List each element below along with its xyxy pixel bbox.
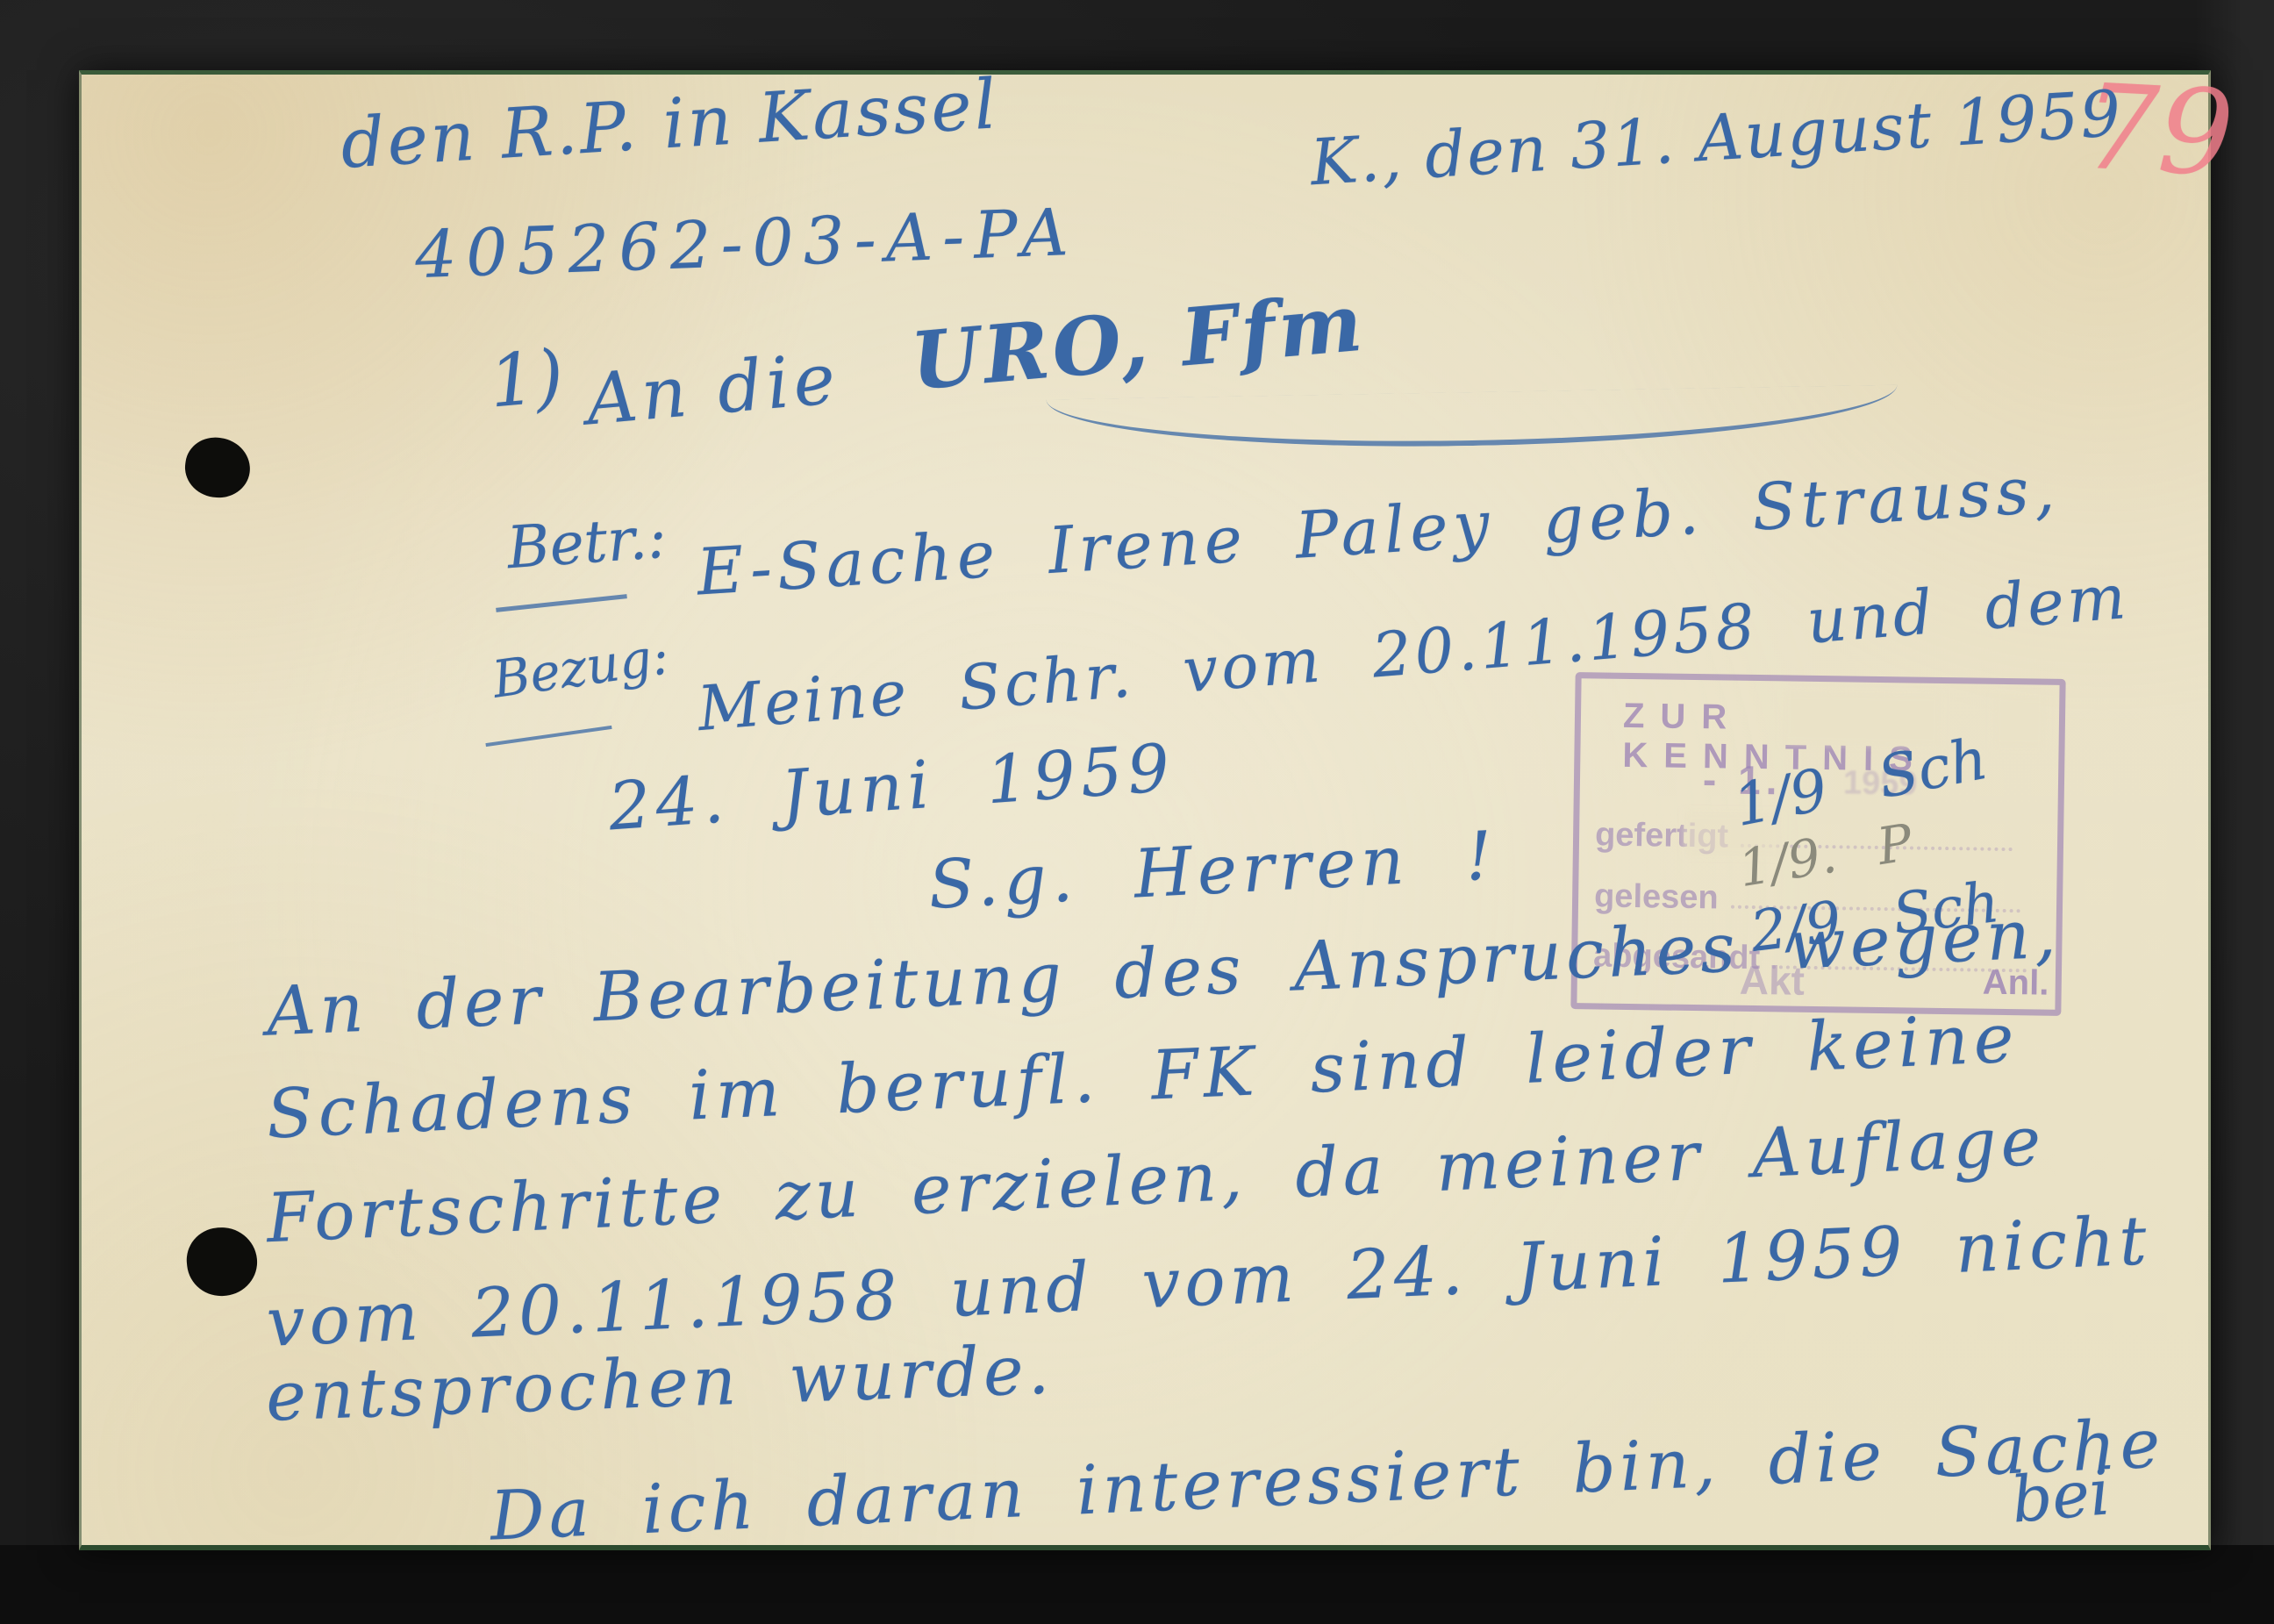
punch-hole [183, 1224, 261, 1299]
recipient-line: den R.P. in Kassel [339, 65, 1001, 184]
reference-line2: 24. Juni 1959 [606, 729, 1177, 846]
address-to: An die [583, 338, 842, 441]
underline-flourish [1047, 385, 1899, 454]
reference-label: Bezug: [489, 626, 672, 709]
file-number: 405262-03-A-PA [414, 195, 1079, 293]
address-item-number: 1) [486, 335, 567, 425]
album-edge-bottom [0, 1545, 2274, 1624]
scan-background: 79 den R.P. in Kassel 405262-03-A-PA K.,… [0, 0, 2274, 1624]
letter-page: 79 den R.P. in Kassel 405262-03-A-PA K.,… [79, 70, 2211, 1550]
stamp-fade-patch [1993, 695, 2047, 748]
place-date-line: K., den 31. August 1959 [1308, 76, 2124, 199]
subject-underline [496, 594, 627, 612]
punch-hole [182, 433, 254, 502]
body-line: Da ich daran interessiert bin, die Sache [489, 1405, 2166, 1556]
salutation: S.g. Herren ! [926, 816, 1499, 924]
address-organization: URO, Ffm [907, 276, 1369, 409]
subject-label: Betr.: [505, 504, 669, 582]
reference-underline [485, 726, 611, 747]
